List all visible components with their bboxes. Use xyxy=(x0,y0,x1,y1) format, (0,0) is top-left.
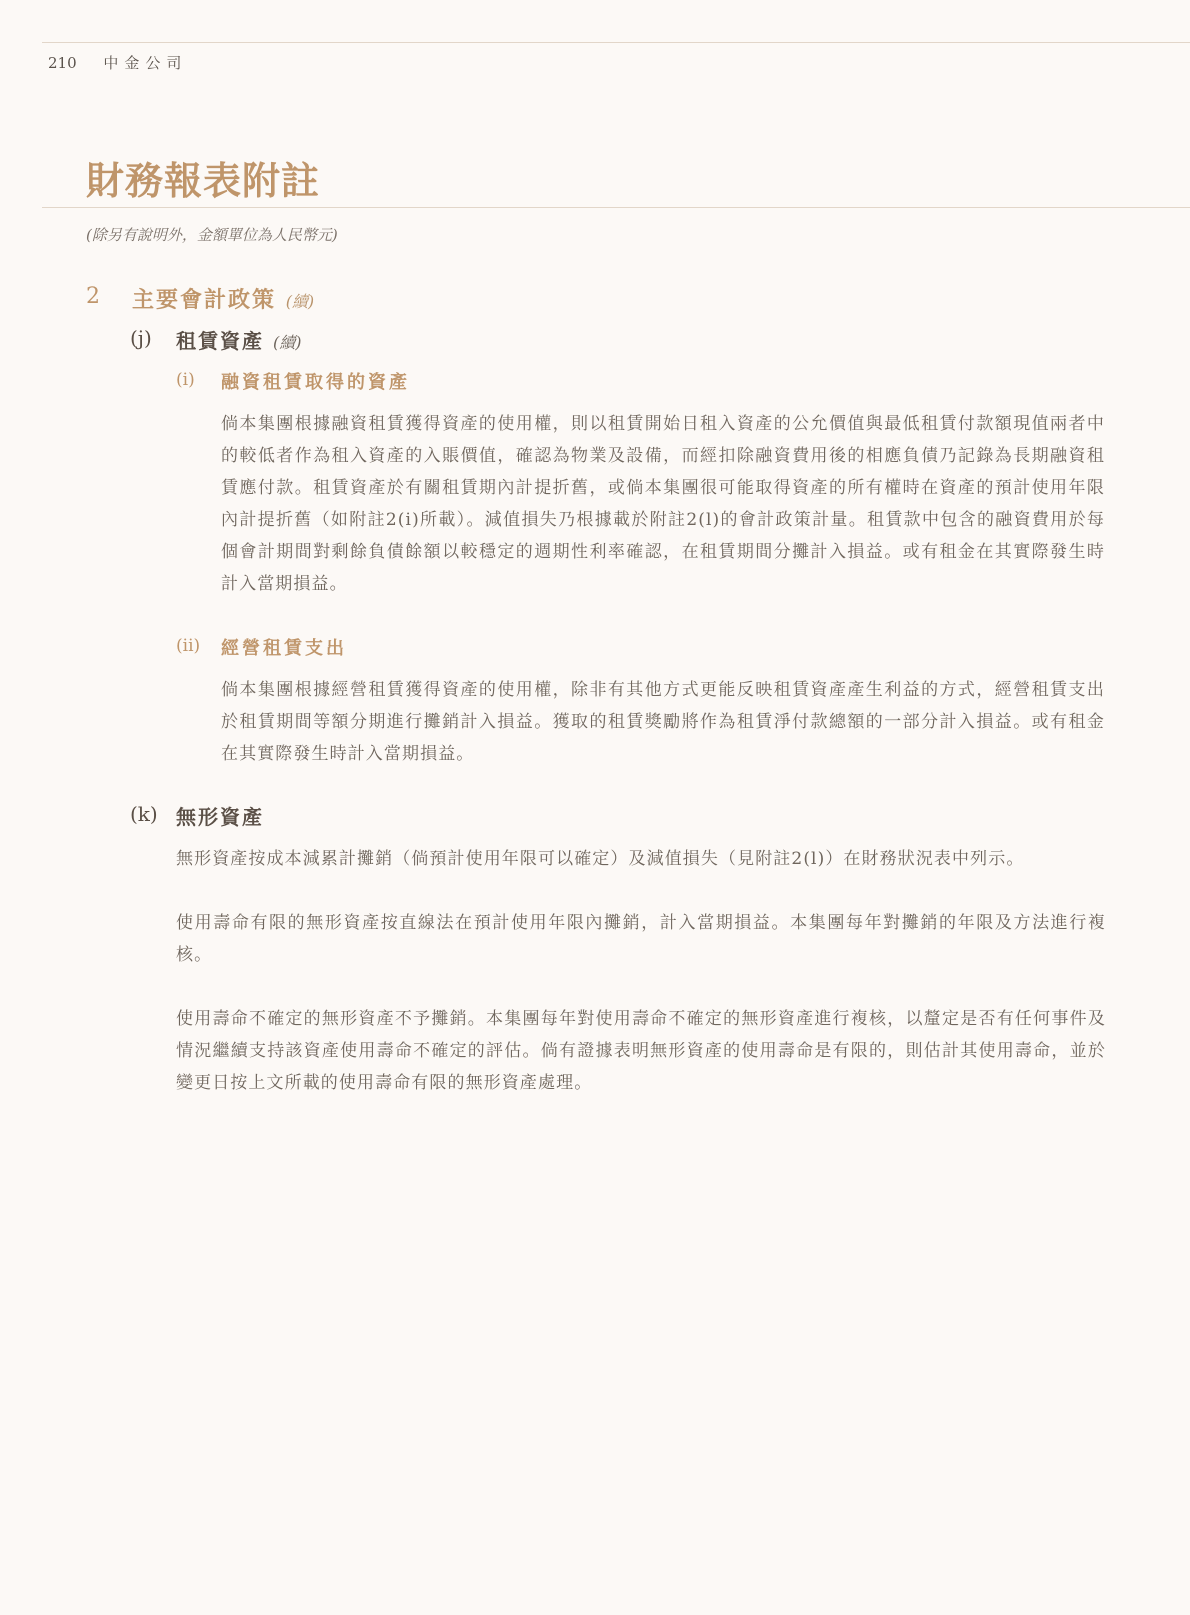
section-title-text: 主要會計政策 xyxy=(132,287,276,313)
section-number: 2 xyxy=(86,284,100,309)
page-number: 210 xyxy=(48,54,77,72)
title-rule xyxy=(42,207,1190,208)
continued-label: (續) xyxy=(286,292,315,311)
subsection-title-k: 無形資產 xyxy=(176,801,264,830)
page-header: 210 中金公司 xyxy=(48,52,187,73)
unit-note: (除另有說明外，金額單位為人民幣元) xyxy=(86,224,338,245)
subsection-label-k: (k) xyxy=(130,802,158,826)
paragraph-finance-lease: 倘本集團根據融資租賃獲得資產的使用權，則以租賃開始日租入資產的公允價值與最低租賃… xyxy=(221,408,1105,600)
page-title: 財務報表附註 xyxy=(86,150,320,205)
item-label-i: (i) xyxy=(176,370,195,390)
paragraph-intangible-3: 使用壽命不確定的無形資產不予攤銷。本集團每年對使用壽命不確定的無形資產進行複核，… xyxy=(176,1003,1106,1099)
header-rule xyxy=(42,42,1190,43)
item-label-ii: (ii) xyxy=(176,636,200,656)
item-title-ii: 經營租賃支出 xyxy=(221,634,347,660)
company-name: 中金公司 xyxy=(103,54,187,72)
item-title-i: 融資租賃取得的資產 xyxy=(221,368,410,394)
paragraph-intangible-2: 使用壽命有限的無形資產按直線法在預計使用年限內攤銷，計入當期損益。本集團每年對攤… xyxy=(176,907,1106,971)
section-title: 主要會計政策 (續) xyxy=(132,283,314,314)
paragraph-operating-lease: 倘本集團根據經營租賃獲得資產的使用權，除非有其他方式更能反映租賃資產產生利益的方… xyxy=(221,674,1105,770)
paragraph-intangible-1: 無形資產按成本減累計攤銷（倘預計使用年限可以確定）及減值損失（見附註2(l)）在… xyxy=(176,843,1106,875)
subsection-title-text: 租賃資產 xyxy=(176,329,264,353)
subsection-title-j: 租賃資產 (續) xyxy=(176,325,301,354)
subsection-label-j: (j) xyxy=(130,326,152,350)
continued-label: (續) xyxy=(273,333,302,352)
